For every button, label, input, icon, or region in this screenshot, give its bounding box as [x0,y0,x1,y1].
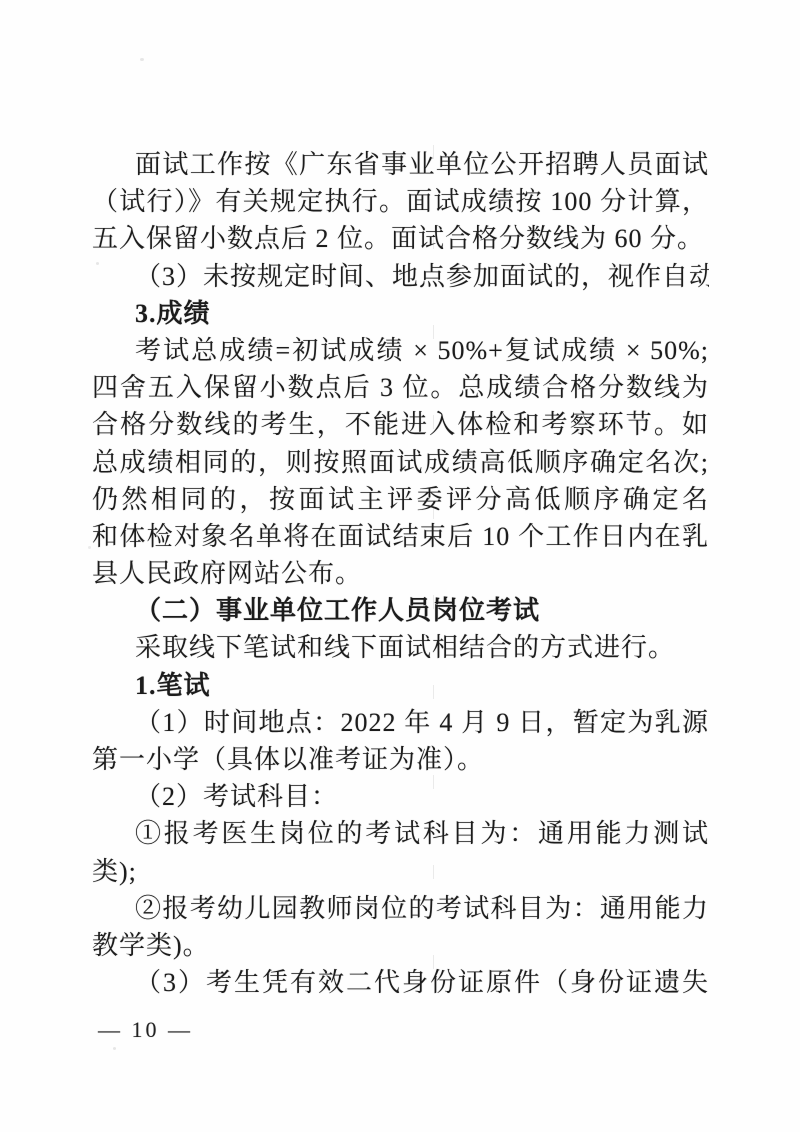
text-line: 总成绩相同的，则按照面试成绩高低顺序确定名次; 如面试成绩 [92,444,709,481]
text-line: 教学类)。 [92,927,709,964]
heading-line: 3.成绩 [92,295,709,332]
text-line: （1）时间地点：2022 年 4 月 9 日，暂定为乳源瑶族自治县 [92,704,709,741]
text-line: 第一小学（具体以准考证为准）。 [92,741,709,778]
text-line: （3）未按规定时间、地点参加面试的，视作自动放弃。 [92,258,709,295]
text-line: 采取线下笔试和线下面试相结合的方式进行。 [92,629,709,666]
heading-line: 1.笔试 [92,667,709,704]
scan-speck [140,58,144,61]
scan-speck [88,546,91,549]
text-line: ①报考医生岗位的考试科目为：通用能力测试(医疗卫生 [92,815,709,852]
scanned-document-page: 面试工作按《广东省事业单位公开招聘人员面试工作规范 （试行）》有关规定执行。面试… [0,0,800,1132]
text-line: （2）考试科目： [92,778,709,815]
text-line: 四舍五入保留小数点后 3 位。总成绩合格分数线为 60 分。低于 [92,369,709,406]
text-line: 县人民政府网站公布。 [92,555,709,592]
text-line: 类); [92,853,709,890]
text-line: 和体检对象名单将在面试结束后 10 个工作日内在乳源瑶族自治 [92,518,709,555]
text-line: 考试总成绩=初试成绩 × 50%+复试成绩 × 50%; 考试总成绩按 [92,332,709,369]
text-line: ②报考幼儿园教师岗位的考试科目为：通用能力测试(教育 [92,890,709,927]
text-line: 仍然相同的，按面试主评委评分高低顺序确定名次。考试总成绩 [92,481,709,518]
scan-speck [113,1047,116,1050]
text-line: （3）考生凭有效二代身份证原件（身份证遗失的需提供临 [92,964,709,1001]
page-number: — 10 — [98,1017,193,1043]
text-line: 面试工作按《广东省事业单位公开招聘人员面试工作规范 [92,146,709,183]
text-line: （试行）》有关规定执行。面试成绩按 100 分计算，成绩按四舍 [92,183,709,220]
heading-line: （二）事业单位工作人员岗位考试 [92,592,709,629]
text-line: 合格分数线的考生，不能进入体检和考察环节。如同一岗位考生 [92,406,709,443]
document-body: 面试工作按《广东省事业单位公开招聘人员面试工作规范 （试行）》有关规定执行。面试… [92,146,709,1001]
text-line: 五入保留小数点后 2 位。面试合格分数线为 60 分。 [92,220,709,257]
